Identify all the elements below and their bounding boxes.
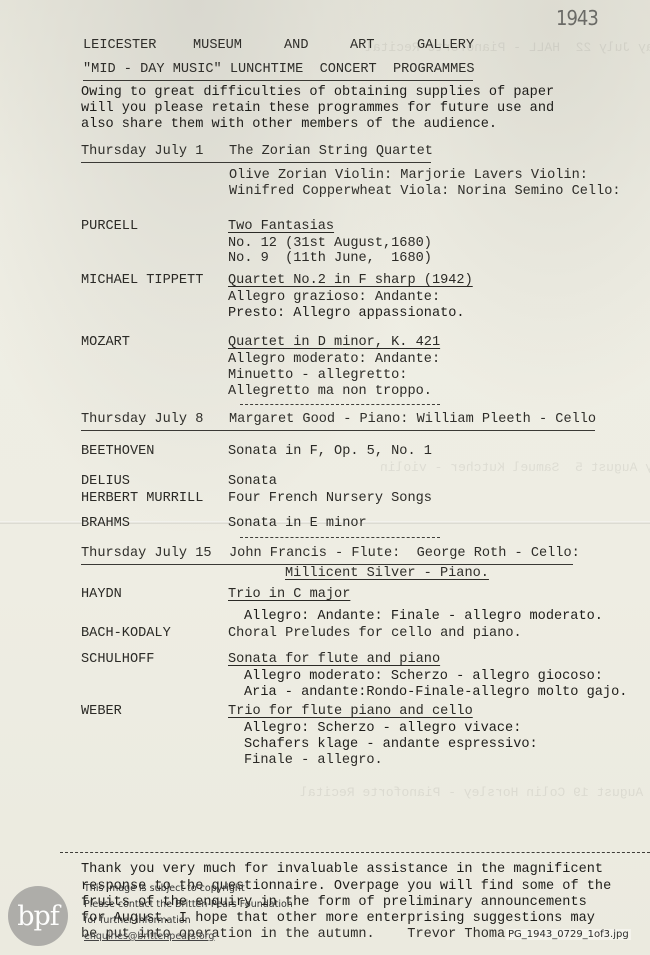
concert-performers: Margaret Good - Piano: William Pleeth - … <box>229 412 596 428</box>
concert-date: Thursday July 15 <box>81 546 212 562</box>
work-title: Trio in C major <box>228 587 350 602</box>
concert-date: Thursday July 8 <box>81 412 203 428</box>
intro-line: also share them with other members of th… <box>81 117 497 133</box>
subtitle-underline <box>83 80 473 81</box>
copyright-notice: Please contact the Britten-Pears Foundat… <box>84 899 293 910</box>
show-through-text: Thursday August 5 Samuel Kutcher - violi… <box>380 460 650 475</box>
institution-word: GALLERY <box>417 38 474 54</box>
work-title: Sonata for flute and piano <box>228 652 440 667</box>
file-name-label: PG_1943_0729_1of3.jpg <box>506 929 631 940</box>
concert-underline <box>81 162 431 163</box>
page-subtitle: "MID - DAY MUSIC" LUNCHTIME CONCERT PROG… <box>83 62 475 78</box>
closing-line: Thank you very much for invaluable assis… <box>81 862 603 878</box>
composer-name: BACH-KODALY <box>81 626 171 641</box>
composer-name: HERBERT MURRILL <box>81 491 203 506</box>
performer-detail: Olive Zorian Violin: Marjorie Lavers Vio… <box>229 168 588 184</box>
work-detail: Allegretto ma non troppo. <box>228 384 432 399</box>
work-detail: Allegro moderato: Andante: <box>228 352 440 367</box>
work-detail: Minuetto - allegretto: <box>228 368 407 383</box>
composer-name: HAYDN <box>81 587 122 602</box>
work-detail: Aria - andante:Rondo-Finale-allegro molt… <box>244 685 627 700</box>
concert-performers: John Francis - Flute: George Roth - Cell… <box>229 546 580 562</box>
work-title: Sonata in E minor <box>228 516 367 531</box>
copyright-notice: This image is subject to copyright <box>84 883 245 894</box>
work-detail: Presto: Allegro appassionato. <box>228 306 465 321</box>
composer-name: DELIUS <box>81 474 130 489</box>
work-detail: Allegro: Scherzo - allegro vivace: <box>244 721 521 736</box>
work-title: Trio for flute piano and cello <box>228 704 473 719</box>
institution-word: AND <box>284 38 308 54</box>
work-title: Choral Preludes for cello and piano. <box>228 626 522 641</box>
bpf-logo: bpf <box>8 886 68 946</box>
work-detail: Allegro moderato: Scherzo - allegro gioc… <box>244 669 603 684</box>
work-title: Sonata <box>228 474 277 489</box>
contact-email-link[interactable]: enquiries@brittenpears.org <box>84 931 214 942</box>
concert-underline <box>81 564 573 565</box>
work-title: Sonata in F, Op. 5, No. 1 <box>228 444 432 459</box>
show-through-text: Thursday August 19 Colin Horsley - Piano… <box>300 785 650 800</box>
composer-name: PURCELL <box>81 219 138 234</box>
concert-date: Thursday July 1 <box>81 144 203 160</box>
work-title: Quartet No.2 in F sharp (1942) <box>228 273 473 288</box>
composer-name: SCHULHOFF <box>81 652 154 667</box>
concert-underline <box>81 430 595 431</box>
section-separator <box>240 404 440 405</box>
work-detail: Allegro: Andante: Finale - allegro moder… <box>244 609 603 624</box>
work-detail: Finale - allegro. <box>244 753 383 768</box>
work-detail: Allegro grazioso: Andante: <box>228 290 440 305</box>
composer-name: BEETHOVEN <box>81 444 154 459</box>
section-separator <box>240 537 440 538</box>
intro-line: Owing to great difficulties of obtaining… <box>81 85 554 101</box>
composer-name: MOZART <box>81 335 130 350</box>
performer-detail: Winifred Copperwheat Viola: Norina Semin… <box>229 184 621 200</box>
institution-word: ART <box>350 38 374 54</box>
concert-performers: The Zorian String Quartet <box>229 144 433 160</box>
composer-name: MICHAEL TIPPETT <box>81 273 203 288</box>
work-title: Quartet in D minor, K. 421 <box>228 335 440 350</box>
handwritten-year: 1943 <box>556 6 598 30</box>
intro-line: will you please retain these programmes … <box>81 101 554 117</box>
work-title: Two Fantasias <box>228 219 334 234</box>
work-title: Four French Nursery Songs <box>228 491 432 506</box>
composer-name: BRAHMS <box>81 516 130 531</box>
work-detail: No. 9 (11th June, 1680) <box>228 251 432 266</box>
institution-word: MUSEUM <box>193 38 242 54</box>
work-detail: Schafers klage - andante espressivo: <box>244 737 538 752</box>
work-detail: No. 12 (31st August,1680) <box>228 236 432 251</box>
copyright-notice: for further information <box>84 915 191 926</box>
concert-performers-continued: Millicent Silver - Piano. <box>285 566 489 582</box>
composer-name: WEBER <box>81 704 122 719</box>
footer-separator <box>60 852 650 853</box>
institution-word: LEICESTER <box>83 38 156 54</box>
show-through-text: Thursday July 22 HALL - Pianoforte Recit… <box>365 40 650 55</box>
